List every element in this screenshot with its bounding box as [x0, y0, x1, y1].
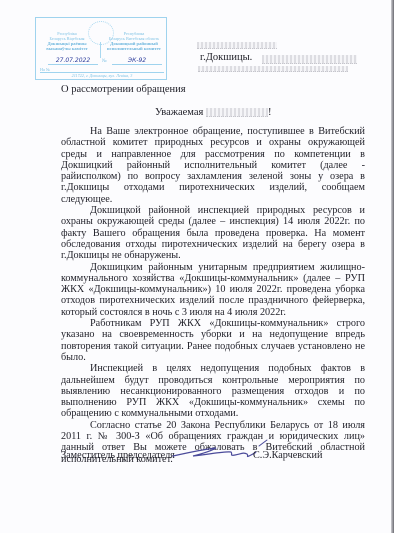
redacted-addressee	[198, 66, 348, 72]
document-page: Рэспубліка Беларусь Віцебская Докшыцкі р…	[0, 0, 391, 533]
greeting-text: Уважаемая	[155, 107, 203, 118]
stamp-right-column: Республика Беларусь Витебская область До…	[104, 31, 164, 51]
registration-stamp: Рэспубліка Беларусь Віцебская Докшыцкі р…	[35, 17, 167, 80]
stamp-divider	[100, 42, 101, 58]
letter-subject: О рассмотрении обращения	[61, 84, 186, 95]
reference-label: На №	[40, 67, 50, 72]
outgoing-date: 27.07.2022	[48, 57, 98, 65]
redacted-name	[206, 108, 268, 117]
redacted-addressee	[197, 42, 277, 49]
signer-role: Заместитель председателя	[61, 450, 175, 461]
redacted-addressee	[262, 55, 357, 64]
letter-body: На Ваше электронное обращение, поступивш…	[61, 126, 365, 465]
stamp-text: выканаўчы камітэт	[37, 46, 97, 51]
paragraph: Докшицкой районной инспекцией природных …	[61, 205, 365, 261]
stamp-text: исполнительный комитет	[104, 46, 164, 51]
greeting-punct: !	[268, 107, 272, 118]
greeting: Уважаемая !	[155, 107, 272, 118]
number-label: №	[102, 59, 107, 64]
stamp-left-column: Рэспубліка Беларусь Віцебская Докшыцкі р…	[37, 31, 97, 51]
stamp-date-row: 27.07.2022 № ЭК-92	[40, 57, 164, 65]
addressee-city: г.Докшицы.	[200, 52, 252, 63]
paragraph: На Ваше электронное обращение, поступивш…	[61, 126, 365, 205]
paragraph: Докшицким районным унитарным предприятие…	[61, 262, 365, 318]
paragraph: Работникам РУП ЖКХ «Докшицы-коммунальник…	[61, 318, 365, 363]
stamp-address: 211722, г. Докшицы, вул. Леніна, 3	[36, 73, 168, 78]
paragraph: Инспекцией в целях недопущения подобных …	[61, 363, 365, 419]
outgoing-number: ЭК-92	[112, 57, 162, 65]
signer-name: С.Э.Карчевский	[253, 450, 322, 461]
